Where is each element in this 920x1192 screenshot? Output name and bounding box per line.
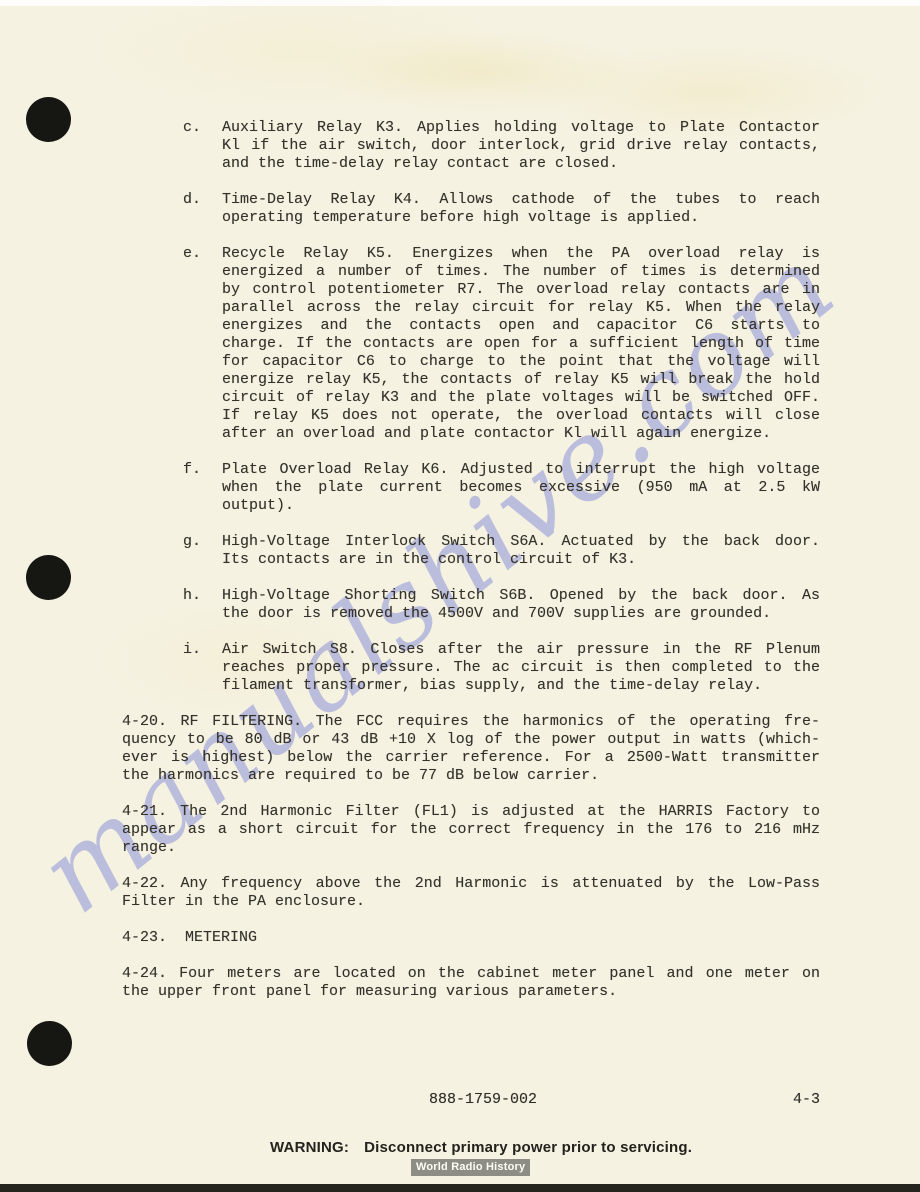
clause-marker: i.	[183, 641, 222, 695]
text-line: when the plate current becomes excessive…	[222, 479, 820, 497]
text-line: appear as a short circuit for the correc…	[122, 821, 820, 839]
text-line: quency to be 80 dB or 43 dB +10 X log of…	[122, 731, 820, 749]
text-line: energized a number of times. The number …	[222, 263, 820, 281]
text-line: Kl if the air switch, door interlock, gr…	[222, 137, 820, 155]
clause-item: g.High-Voltage Interlock Switch S6A. Act…	[183, 533, 820, 569]
text-line: ever is highest) below the carrier refer…	[122, 749, 820, 767]
text-line: and the time-delay relay contact are clo…	[222, 155, 820, 173]
document-number: 888-1759-002	[429, 1091, 537, 1109]
clause-marker: g.	[183, 533, 222, 569]
text-line: 4-24. Four meters are located on the cab…	[122, 965, 820, 983]
clause-text: Air Switch S8. Closes after the air pres…	[222, 641, 820, 695]
clause-text: Time-Delay Relay K4. Allows cathode of t…	[222, 191, 820, 227]
text-line: 4-20. RF FILTERING. The FCC requires the…	[122, 713, 820, 731]
clause-marker: e.	[183, 245, 222, 443]
text-line: 4-21. The 2nd Harmonic Filter (FL1) is a…	[122, 803, 820, 821]
warning-label: WARNING:	[270, 1139, 349, 1157]
text-line: by control potentiometer R7. The overloa…	[222, 281, 820, 299]
numbered-paragraph: 4-22. Any frequency above the 2nd Harmon…	[122, 875, 820, 911]
text-line: energize relay K5, the contacts of relay…	[222, 371, 820, 389]
clause-item: e.Recycle Relay K5. Energizes when the P…	[183, 245, 820, 443]
text-line: High-Voltage Interlock Switch S6A. Actua…	[222, 533, 820, 551]
text-line: Plate Overload Relay K6. Adjusted to int…	[222, 461, 820, 479]
paragraph-list: 4-20. RF FILTERING. The FCC requires the…	[122, 713, 820, 1001]
clause-marker: f.	[183, 461, 222, 515]
text-line: operating temperature before high voltag…	[222, 209, 820, 227]
text-line: Recycle Relay K5. Energizes when the PA …	[222, 245, 820, 263]
clause-text: Auxiliary Relay K3. Applies holding volt…	[222, 119, 820, 173]
clause-text: Plate Overload Relay K6. Adjusted to int…	[222, 461, 820, 515]
text-line: If relay K5 does not operate, the overlo…	[222, 407, 820, 425]
clause-text: High-Voltage Interlock Switch S6A. Actua…	[222, 533, 820, 569]
warning-line: WARNING: Disconnect primary power prior …	[270, 1139, 692, 1157]
numbered-paragraph: 4-20. RF FILTERING. The FCC requires the…	[122, 713, 820, 785]
text-line: Its contacts are in the control circuit …	[222, 551, 820, 569]
clause-item: f.Plate Overload Relay K6. Adjusted to i…	[183, 461, 820, 515]
text-line: charge. If the contacts are open for a s…	[222, 335, 820, 353]
clause-text: High-Voltage Shorting Switch S6B. Opened…	[222, 587, 820, 623]
page-number: 4-3	[793, 1091, 820, 1109]
clause-text: Recycle Relay K5. Energizes when the PA …	[222, 245, 820, 443]
clause-marker: h.	[183, 587, 222, 623]
text-line: energizes and the contacts open and capa…	[222, 317, 820, 335]
warning-text: Disconnect primary power prior to servic…	[364, 1139, 692, 1157]
document-body: c.Auxiliary Relay K3. Applies holding vo…	[122, 119, 820, 1019]
text-line: the harmonics are required to be 77 dB b…	[122, 767, 820, 785]
text-line: range.	[122, 839, 820, 857]
text-line: Auxiliary Relay K3. Applies holding volt…	[222, 119, 820, 137]
text-line: circuit of relay K3 and the plate voltag…	[222, 389, 820, 407]
clause-item: c.Auxiliary Relay K3. Applies holding vo…	[183, 119, 820, 173]
text-line: output).	[222, 497, 820, 515]
page-footer: 888-1759-002 4-3	[0, 1091, 920, 1109]
scan-edge-bar	[0, 1184, 920, 1192]
text-line: for capacitor C6 to charge to the point …	[222, 353, 820, 371]
text-line: after an overload and plate contactor Kl…	[222, 425, 820, 443]
text-line: filament transformer, bias supply, and t…	[222, 677, 820, 695]
clause-marker: d.	[183, 191, 222, 227]
numbered-paragraph: 4-24. Four meters are located on the cab…	[122, 965, 820, 1001]
binder-hole-bottom	[27, 1021, 72, 1066]
text-line: 4-22. Any frequency above the 2nd Harmon…	[122, 875, 820, 893]
text-line: Air Switch S8. Closes after the air pres…	[222, 641, 820, 659]
world-radio-history-stamp: World Radio History	[411, 1159, 530, 1176]
numbered-paragraph: 4-21. The 2nd Harmonic Filter (FL1) is a…	[122, 803, 820, 857]
text-line: the door is removed the 4500V and 700V s…	[222, 605, 820, 623]
scanned-manual-page: manualshive.com c.Auxiliary Relay K3. Ap…	[0, 0, 920, 1192]
numbered-paragraph: 4-23. METERING	[122, 929, 820, 947]
text-line: Time-Delay Relay K4. Allows cathode of t…	[222, 191, 820, 209]
clause-marker: c.	[183, 119, 222, 173]
text-line: parallel across the relay circuit for re…	[222, 299, 820, 317]
binder-hole-middle	[26, 555, 71, 600]
clause-item: d.Time-Delay Relay K4. Allows cathode of…	[183, 191, 820, 227]
binder-hole-top	[26, 97, 71, 142]
text-line: 4-23. METERING	[122, 929, 820, 947]
text-line: the upper front panel for measuring vari…	[122, 983, 820, 1001]
clause-item: h.High-Voltage Shorting Switch S6B. Open…	[183, 587, 820, 623]
text-line: High-Voltage Shorting Switch S6B. Opened…	[222, 587, 820, 605]
text-line: reaches proper pressure. The ac circuit …	[222, 659, 820, 677]
clause-item: i.Air Switch S8. Closes after the air pr…	[183, 641, 820, 695]
clause-list: c.Auxiliary Relay K3. Applies holding vo…	[122, 119, 820, 695]
text-line: Filter in the PA enclosure.	[122, 893, 820, 911]
